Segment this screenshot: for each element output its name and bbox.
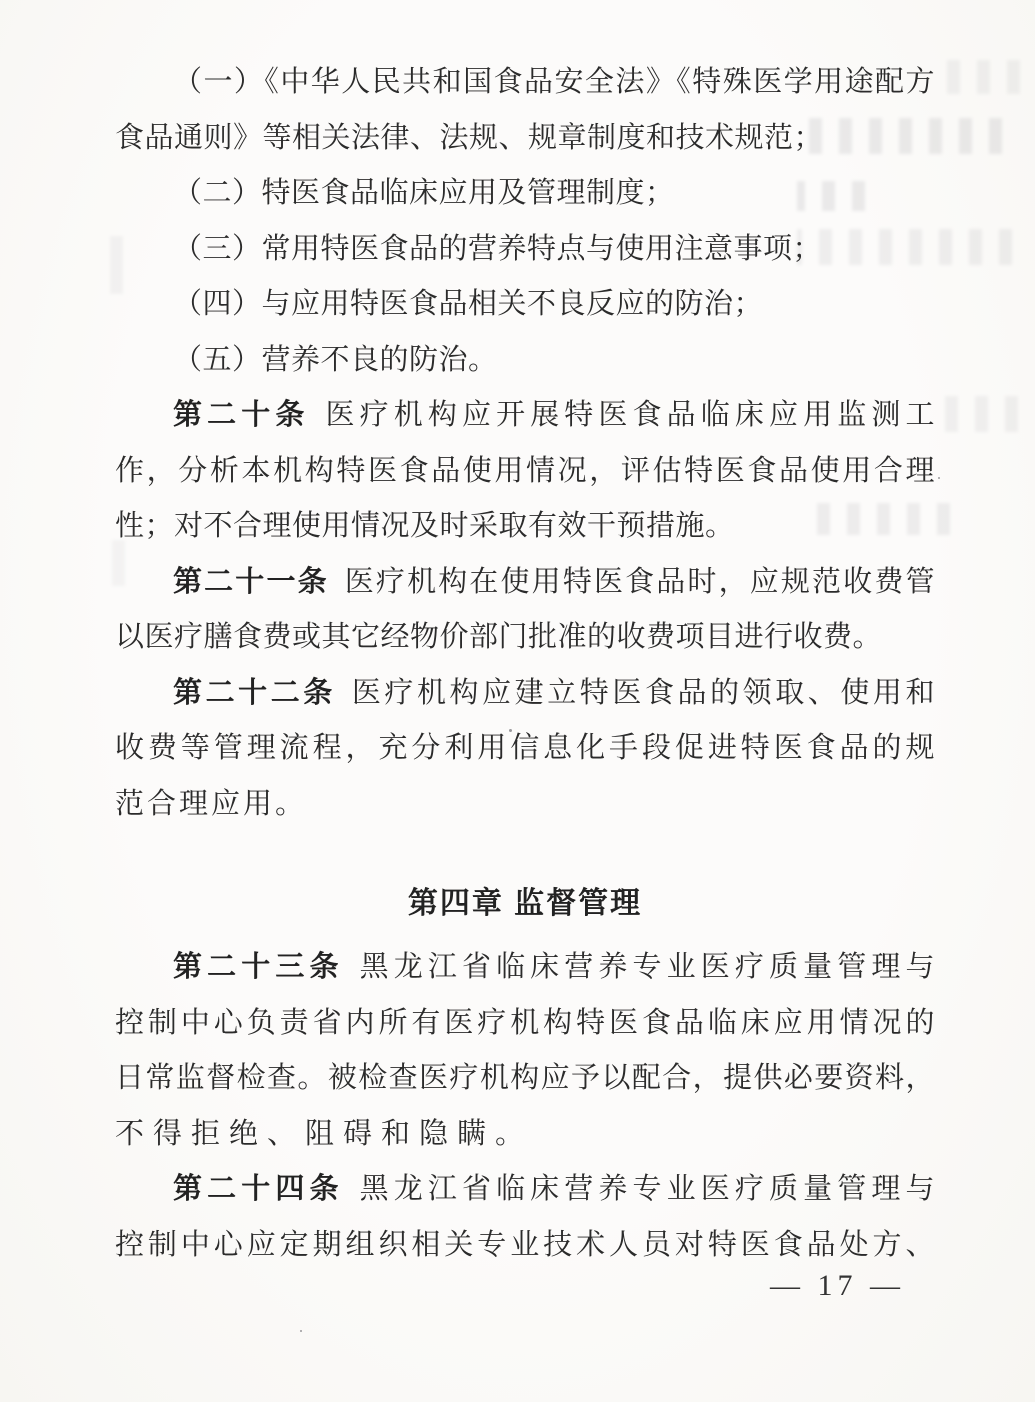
list-item-line: （五）营养不良的防治。 (115, 333, 935, 389)
article-text: 黑龙江省临床营养专业医疗质量管理与 (360, 1173, 935, 1205)
ink-speck (300, 1330, 302, 1332)
text-column: （一）《中华人民共和国食品安全法》《特殊医学用途配方 食品通则》等相关法律、法规… (115, 55, 935, 1273)
article-text: 医疗机构应开展特医食品临床应用监测工 (325, 399, 935, 431)
body-line: 食品通则》等相关法律、法规、规章制度和技术规范； (115, 111, 935, 167)
bleedthrough-artifact (940, 60, 1020, 94)
list-item-line: （一）《中华人民共和国食品安全法》《特殊医学用途配方 (115, 55, 935, 111)
list-item-line: （四）与应用特医食品相关不良反应的防治； (115, 277, 935, 333)
article-opening-line: 第二十四条黑龙江省临床营养专业医疗质量管理与 (115, 1162, 935, 1218)
body-line: 控制中心负责省内所有医疗机构特医食品临床应用情况的 (115, 996, 935, 1052)
body-line: 性；对不合理使用情况及时采取有效干预措施。 (115, 499, 935, 555)
body-line: 不得拒绝、阻碍和隐瞒。 (115, 1107, 935, 1163)
page-number: — 17 — (770, 1268, 905, 1304)
article-opening-line: 第二十三条黑龙江省临床营养专业医疗质量管理与 (115, 940, 935, 996)
article-text: 黑龙江省临床营养专业医疗质量管理与 (360, 951, 935, 983)
body-line: 控制中心应定期组织相关专业技术人员对特医食品处方、 (115, 1218, 935, 1274)
body-line: 作，分析本机构特医食品使用情况，评估特医食品使用合理 (115, 444, 935, 500)
body-line: 以医疗膳食费或其它经物价部门批准的收费项目进行收费。 (115, 610, 935, 666)
ink-speck (938, 477, 940, 479)
article-text: 医疗机构应建立特医食品的领取、使用和 (352, 677, 935, 709)
article-number-label: 第二十二条 (173, 677, 336, 709)
article-opening-line: 第二十一条医疗机构在使用特医食品时，应规范收费管理， (115, 555, 935, 611)
article-number-label: 第二十四条 (173, 1173, 344, 1205)
article-opening-line: 第二十二条医疗机构应建立特医食品的领取、使用和 (115, 666, 935, 722)
body-line: 收费等管理流程，充分利用信息化手段促进特医食品的规 (115, 721, 935, 777)
article-number-label: 第二十一条 (173, 566, 329, 598)
article-opening-line: 第二十条医疗机构应开展特医食品临床应用监测工 (115, 388, 935, 444)
bleedthrough-artifact (930, 396, 1018, 432)
body-line: 范合理应用。 (115, 777, 935, 833)
list-item-line: （二）特医食品临床应用及管理制度； (115, 166, 935, 222)
section-spacer (115, 932, 935, 941)
scanned-document-page: （一）《中华人民共和国食品安全法》《特殊医学用途配方 食品通则》等相关法律、法规… (0, 0, 1035, 1402)
body-line: 日常监督检查。被检查医疗机构应予以配合，提供必要资料， (115, 1051, 935, 1107)
section-spacer (115, 832, 935, 876)
article-number-label: 第二十三条 (173, 951, 344, 983)
chapter-heading: 第四章 监督管理 (115, 876, 935, 932)
list-item-line: （三）常用特医食品的营养特点与使用注意事项； (115, 222, 935, 278)
article-number-label: 第二十条 (173, 399, 309, 431)
